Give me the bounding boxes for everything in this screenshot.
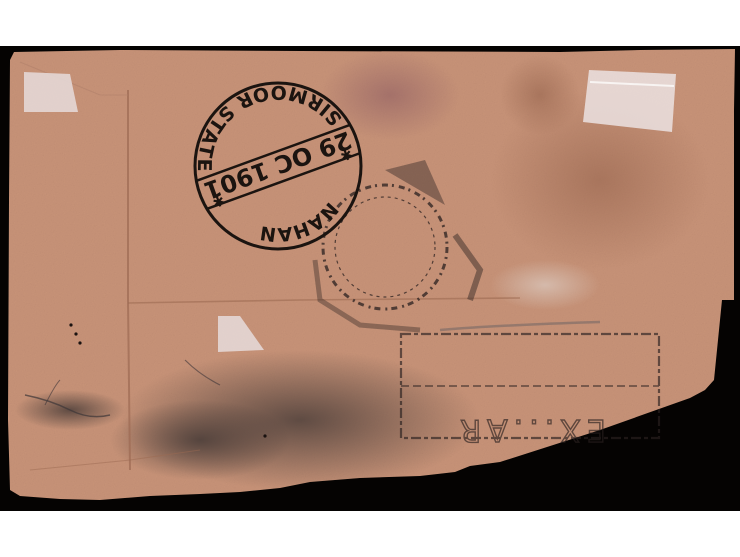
boxed-handstamp-text: EX...AR bbox=[454, 412, 605, 447]
hinge-remnant-top-left bbox=[24, 72, 78, 112]
hinge-remnant-top-right bbox=[583, 70, 676, 132]
cover-fragment: EX...AR NAHAN SIRMOOR STATE 29 OC 1901 ✱… bbox=[0, 0, 740, 557]
